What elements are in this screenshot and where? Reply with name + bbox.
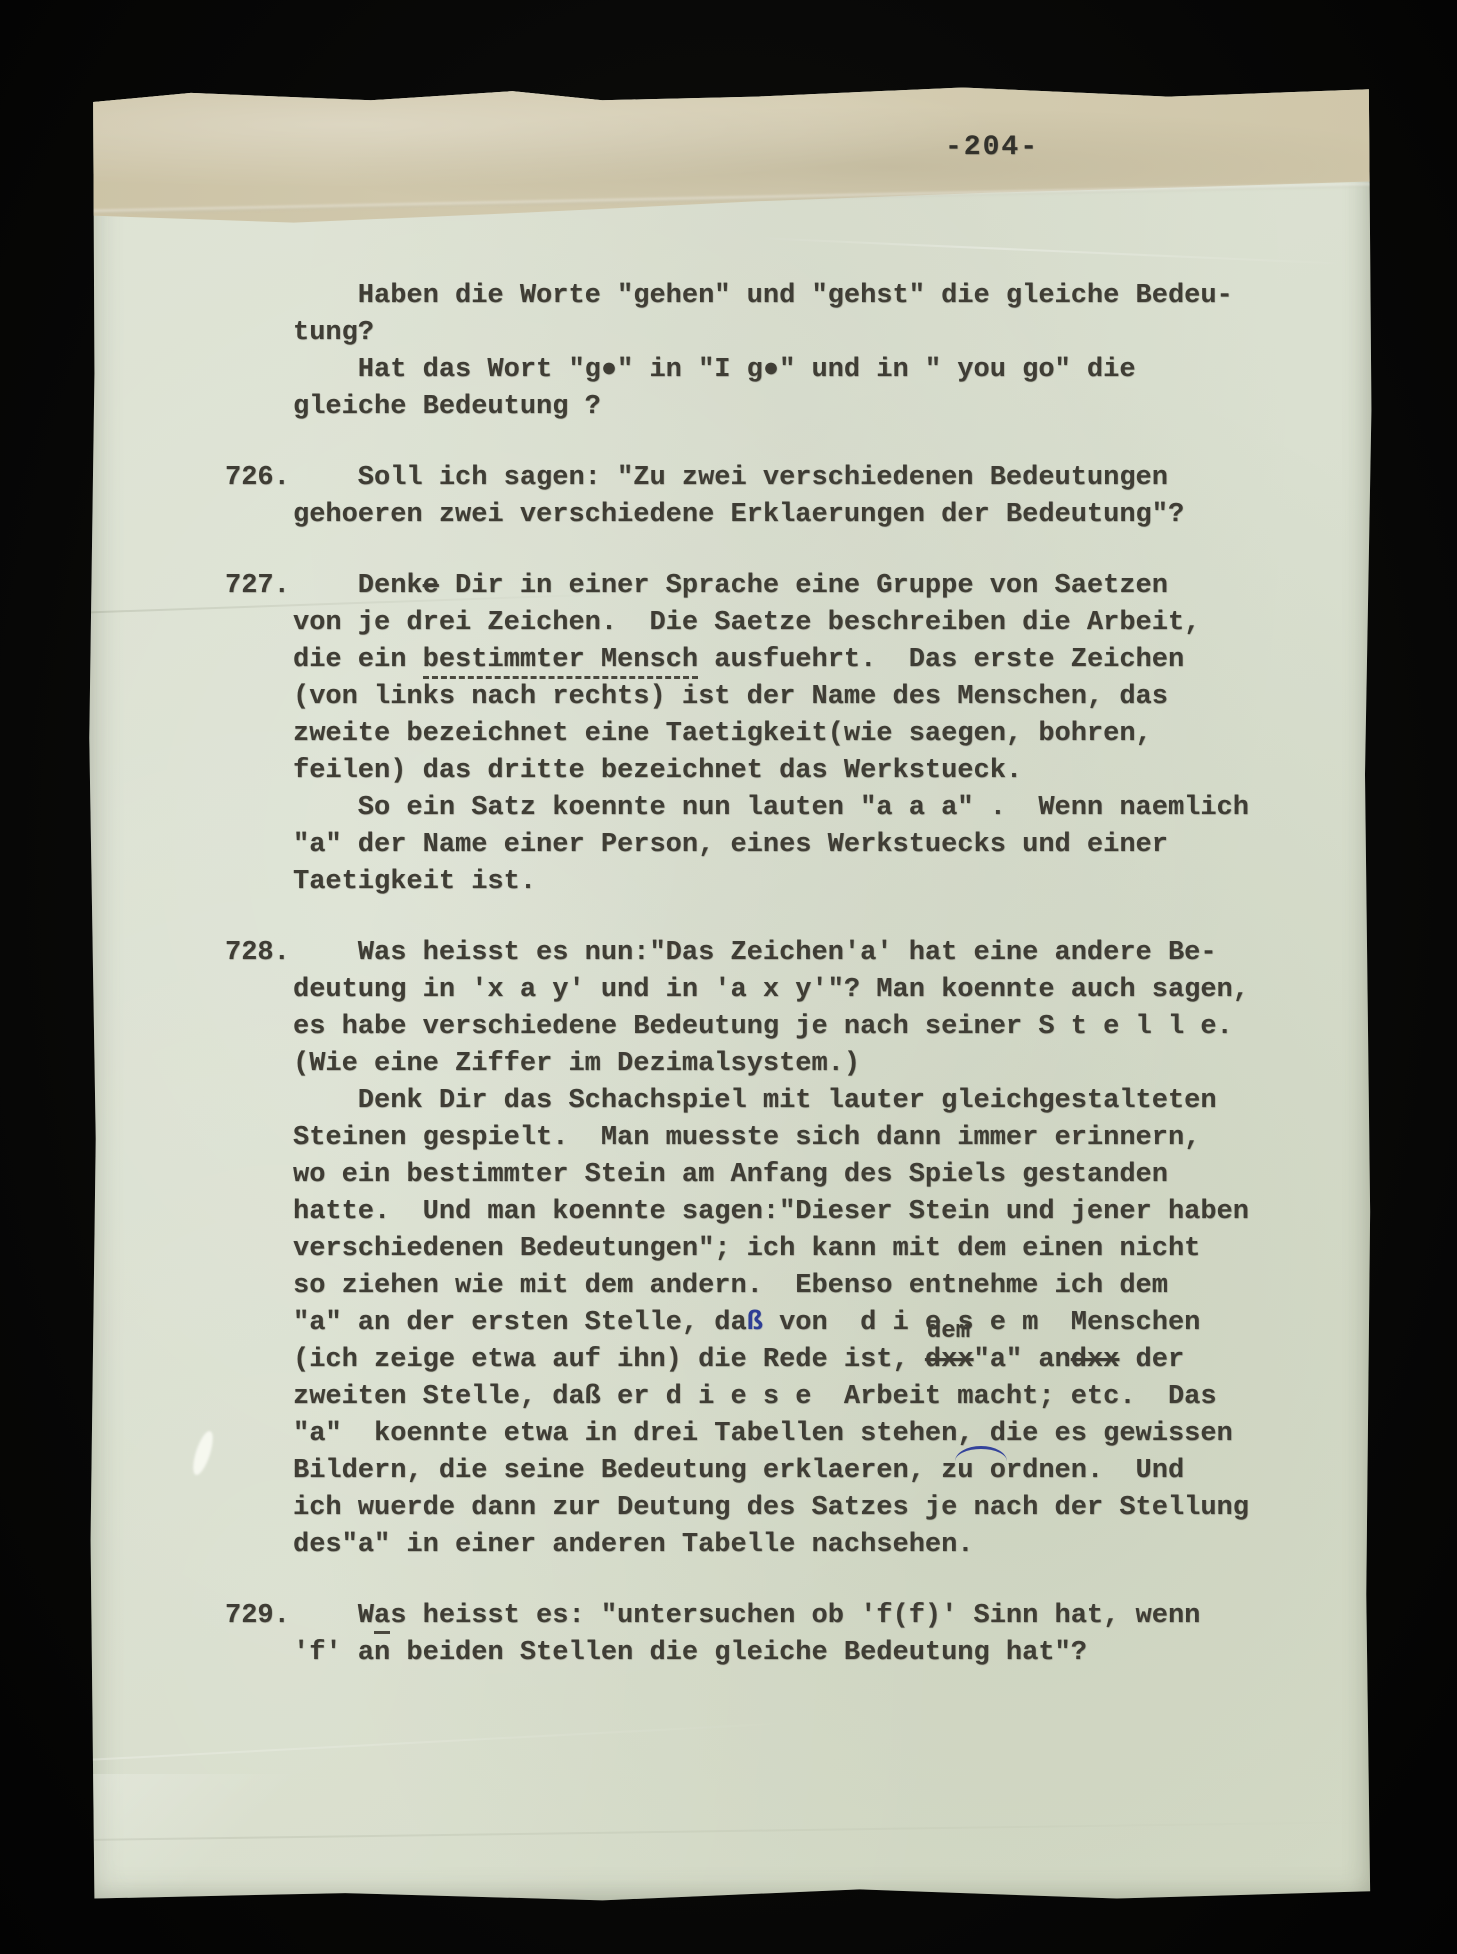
typewritten-line: "a" der Name einer Person, eines Werkstu… bbox=[293, 827, 1378, 864]
typewritten-line: zweite bezeichnet eine Taetigkeit(wie sa… bbox=[293, 716, 1378, 753]
typewritten-line: Taetigkeit ist. bbox=[293, 864, 1378, 901]
typewritten-line: gleiche Bedeutung ? bbox=[293, 389, 1378, 426]
typewritten-line: feilen) das dritte bezeichnet das Werkst… bbox=[293, 753, 1378, 790]
typewritten-line: so ziehen wie mit dem andern. Ebenso ent… bbox=[293, 1268, 1378, 1305]
strike-text: dxx bbox=[1071, 1345, 1120, 1375]
text-segment: der bbox=[1119, 1345, 1184, 1375]
typewritten-line: Denke Dir in einer Sprache eine Gruppe v… bbox=[293, 568, 1378, 605]
typewritten-line: Was heisst es nun:"Das Zeichen'a' hat ei… bbox=[293, 935, 1378, 972]
paragraph-number: 726. bbox=[225, 460, 290, 497]
paragraph: 728. Was heisst es nun:"Das Zeichen'a' h… bbox=[293, 935, 1378, 1564]
scan-background: -204- Haben die Worte "gehen" und "gehst… bbox=[0, 0, 1457, 1954]
typewritten-line: es habe verschiedene Bedeutung je nach s… bbox=[293, 1009, 1378, 1046]
text-segment: von d i e s e m Menschen bbox=[763, 1308, 1200, 1338]
paragraph: Haben die Worte "gehen" und "gehst" die … bbox=[293, 278, 1378, 426]
typewritten-line: deutung in 'x a y' und in 'a x y'"? Man … bbox=[293, 972, 1378, 1009]
paragraph-number: 728. bbox=[225, 935, 290, 972]
paragraph: 727. Denke Dir in einer Sprache eine Gru… bbox=[293, 568, 1378, 901]
typewritten-line: Haben die Worte "gehen" und "gehst" die … bbox=[293, 278, 1378, 315]
typewritten-line: 'f' an beiden Stellen die gleiche Bedeut… bbox=[293, 1635, 1378, 1672]
page-number: -204- bbox=[945, 132, 1039, 163]
typewritten-line: So ein Satz koennte nun lauten "a a a" .… bbox=[293, 790, 1378, 827]
typewritten-line: Denk Dir das Schachspiel mit lauter glei… bbox=[293, 1083, 1378, 1120]
correction-wrapper: dxxdem bbox=[925, 1342, 974, 1379]
typewritten-line: (ich zeige etwa auf ihn) die Rede ist, d… bbox=[293, 1342, 1378, 1379]
blue-text: ß bbox=[747, 1308, 763, 1338]
paragraph-number: 729. bbox=[225, 1598, 290, 1635]
text-segment: "a" an bbox=[974, 1345, 1071, 1375]
typewritten-line: "a" an der ersten Stelle, daß von d i e … bbox=[293, 1305, 1378, 1342]
strike-text: e bbox=[423, 571, 439, 601]
tie-text: zu ordnen bbox=[941, 1453, 1087, 1490]
typewritten-line: Soll ich sagen: "Zu zwei verschiedenen B… bbox=[293, 460, 1378, 497]
typewritten-line: (Wie eine Ziffer im Dezimalsystem.) bbox=[293, 1046, 1378, 1083]
strike-text: dxx bbox=[925, 1345, 974, 1375]
text-segment: s heisst es: "untersuchen ob 'f(f)' Sinn… bbox=[390, 1601, 1200, 1631]
typewritten-line: wo ein bestimmter Stein am Anfang des Sp… bbox=[293, 1157, 1378, 1194]
typewritten-line: "a" koennte etwa in drei Tabellen stehen… bbox=[293, 1416, 1378, 1453]
typewritten-line: die ein bestimmter Mensch ausfuehrt. Das… bbox=[293, 642, 1378, 679]
crease-line bbox=[757, 237, 1348, 265]
paragraph: 726. Soll ich sagen: "Zu zwei verschiede… bbox=[293, 460, 1378, 534]
text-segment: Bildern, die seine Bedeutung erklaeren, bbox=[293, 1456, 941, 1486]
text-segment: Denk bbox=[293, 571, 423, 601]
typewritten-line: gehoeren zwei verschiedene Erklaerungen … bbox=[293, 497, 1378, 534]
typewritten-line: Bildern, die seine Bedeutung erklaeren, … bbox=[293, 1453, 1378, 1490]
text-segment: "a" an der ersten Stelle, da bbox=[293, 1308, 747, 1338]
typewritten-line: zweiten Stelle, daß er d i e s e Arbeit … bbox=[293, 1379, 1378, 1416]
udash-text: bestimmter Mensch bbox=[423, 645, 698, 679]
typewritten-line: (von links nach rechts) ist der Name des… bbox=[293, 679, 1378, 716]
text-segment: die ein bbox=[293, 645, 423, 675]
corner-fold-highlight bbox=[88, 1774, 318, 1904]
paper-chip-mark bbox=[189, 1429, 217, 1477]
typewritten-line: hatte. Und man koennte sagen:"Dieser Ste… bbox=[293, 1194, 1378, 1231]
typewritten-line: Hat das Wort "g●" in "I g●" und in " you… bbox=[293, 352, 1378, 389]
typewritten-line: von je drei Zeichen. Die Saetze beschrei… bbox=[293, 605, 1378, 642]
text-segment: ausfuehrt. Das erste Zeichen bbox=[698, 645, 1184, 675]
typewritten-line: des"a" in einer anderen Tabelle nachsehe… bbox=[293, 1527, 1378, 1564]
typewritten-line: verschiedenen Bedeutungen"; ich kann mit… bbox=[293, 1231, 1378, 1268]
paper-sheet: -204- Haben die Worte "gehen" und "gehst… bbox=[88, 82, 1374, 1904]
paragraph-number: 727. bbox=[225, 568, 290, 605]
crease-line bbox=[88, 1721, 807, 1761]
text-segment: . Und bbox=[1087, 1456, 1184, 1486]
paragraph: 729. Was heisst es: "untersuchen ob 'f(f… bbox=[293, 1598, 1378, 1672]
typewritten-line: Steinen gespielt. Man muesste sich dann … bbox=[293, 1120, 1378, 1157]
inserted-word: dem bbox=[927, 1320, 970, 1344]
text-segment: W bbox=[293, 1601, 374, 1631]
u-text: a bbox=[374, 1601, 390, 1634]
typewritten-line: tung? bbox=[293, 315, 1378, 352]
paper-discoloration-band bbox=[88, 82, 1374, 224]
typewritten-line: ich wuerde dann zur Deutung des Satzes j… bbox=[293, 1490, 1378, 1527]
typewritten-line: Was heisst es: "untersuchen ob 'f(f)' Si… bbox=[293, 1598, 1378, 1635]
document-text: Haben die Worte "gehen" und "gehst" die … bbox=[293, 278, 1378, 1706]
text-segment: Dir in einer Sprache eine Gruppe von Sae… bbox=[439, 571, 1168, 601]
text-segment: (ich zeige etwa auf ihn) die Rede ist, bbox=[293, 1345, 925, 1375]
